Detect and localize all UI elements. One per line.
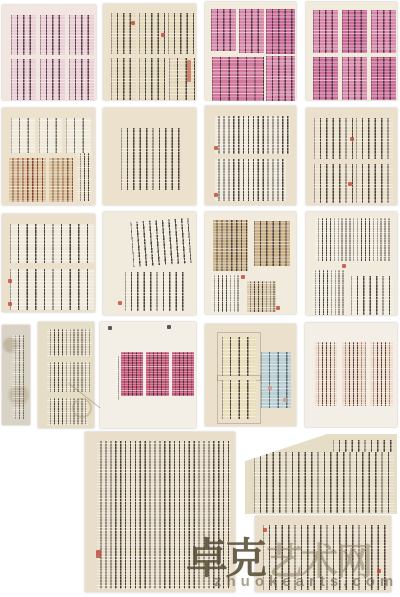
letter-panel [8, 55, 39, 104]
manuscript-page-r2c2 [103, 108, 196, 205]
seal-mark [8, 302, 12, 306]
calligraphy-block [127, 214, 194, 272]
seal-mark [268, 386, 272, 390]
letter-panel [108, 54, 139, 104]
letter-text-block [313, 216, 392, 263]
manuscript-page-r4c2 [100, 322, 196, 428]
narrow-strip-letter [2, 325, 30, 425]
manuscript-page-r4c4 [305, 323, 397, 427]
letter-panel [46, 155, 76, 206]
letter-panel [368, 6, 399, 57]
letter-panel [217, 375, 262, 424]
letter-panel [37, 55, 68, 104]
letter-panel [212, 156, 289, 205]
letter-panel [310, 53, 341, 104]
letter-panel [208, 5, 239, 55]
seal-mark [131, 21, 135, 25]
letter-panel [212, 113, 293, 157]
colophon-text-block [75, 151, 95, 204]
manuscript-page-r2c4 [306, 108, 397, 205]
colophon-text-block [209, 273, 242, 314]
manuscript-page-r2c1 [2, 108, 95, 205]
manuscript-page-r3c2 [103, 212, 196, 315]
manuscript-text [330, 436, 397, 457]
seal-mark [377, 569, 381, 573]
seal-mark [342, 264, 346, 268]
water-stain [72, 398, 92, 418]
letter-panel [37, 11, 68, 59]
letter-panel [251, 217, 293, 270]
manuscript-page-r3c4 [306, 212, 397, 315]
letter-panel [119, 350, 145, 399]
letter-panel [263, 52, 298, 105]
letter-text-block [45, 327, 94, 358]
seal-mark [187, 60, 191, 82]
manuscript-page-r2c3 [205, 106, 296, 205]
seal-mark [214, 193, 218, 197]
manuscript-page-r5c1 [85, 432, 235, 592]
calligraphy-block [348, 272, 396, 319]
manuscript-page-r3c1 [2, 214, 95, 312]
manuscript-page-r1c1 [2, 5, 96, 100]
manuscript-text [260, 521, 391, 594]
letter-text-block [310, 268, 347, 317]
letter-panel [339, 53, 370, 104]
letter-panel [66, 11, 97, 59]
letter-panel [217, 332, 262, 381]
seal-mark [214, 146, 218, 150]
letter-sheet [38, 322, 94, 428]
letter-panel [340, 340, 368, 408]
seal-mark [161, 33, 165, 37]
strip-text-column [10, 333, 25, 421]
letter-text-block [45, 360, 93, 394]
letter-panel [144, 350, 171, 399]
letter-panel [165, 9, 197, 58]
seal-mark [283, 398, 287, 402]
seal-mark [350, 137, 354, 141]
letter-panel [236, 5, 267, 57]
letter-panel [118, 124, 184, 194]
dense-manuscript-text [94, 438, 234, 591]
letter-panel [165, 54, 199, 104]
letter-text-block [353, 160, 395, 207]
blue-letter-panel [257, 348, 295, 411]
letter-panel [313, 340, 339, 408]
letter-panel [208, 53, 269, 105]
seal-mark [276, 306, 280, 310]
letter-panel [245, 279, 278, 314]
letter-panel [210, 217, 251, 274]
letter-panel [263, 5, 298, 58]
letter-panel [368, 53, 399, 104]
letter-panel [170, 350, 196, 399]
seal-mark [348, 182, 352, 186]
manuscript-page-r1c2 [103, 4, 196, 100]
letter-panel [6, 155, 49, 206]
letter-panel [66, 55, 97, 104]
letter-panel [368, 340, 394, 408]
letter-panel [310, 6, 341, 57]
seal-mark [8, 279, 12, 283]
manuscript-page-r1c3 [205, 2, 296, 100]
manuscript-text [251, 448, 397, 517]
letter-panel [108, 9, 139, 58]
calligraphy-block [122, 268, 188, 315]
seal-mark [263, 528, 267, 532]
manuscript-page-r5c2 [245, 432, 397, 592]
letter-panel [6, 220, 99, 267]
seal-mark [96, 550, 101, 558]
collector-mark [167, 325, 171, 329]
manuscript-page-r4c1 [2, 322, 94, 428]
manuscript-panel [255, 516, 391, 592]
catalog-composite-image: 卓克 艺术网 zhuokearts.com [0, 0, 400, 597]
collector-mark [108, 326, 112, 330]
manuscript-page-r1c4 [306, 2, 397, 100]
manuscript-page-r3c3 [205, 212, 296, 314]
letter-text-block [353, 114, 395, 163]
letter-panel [8, 11, 39, 59]
manuscript-page-r4c3 [205, 324, 296, 426]
slanted-manuscript-panel [245, 434, 397, 514]
letter-panel [136, 54, 167, 104]
seal-mark [118, 301, 122, 305]
letter-panel [6, 265, 99, 314]
letter-panel [339, 6, 370, 57]
